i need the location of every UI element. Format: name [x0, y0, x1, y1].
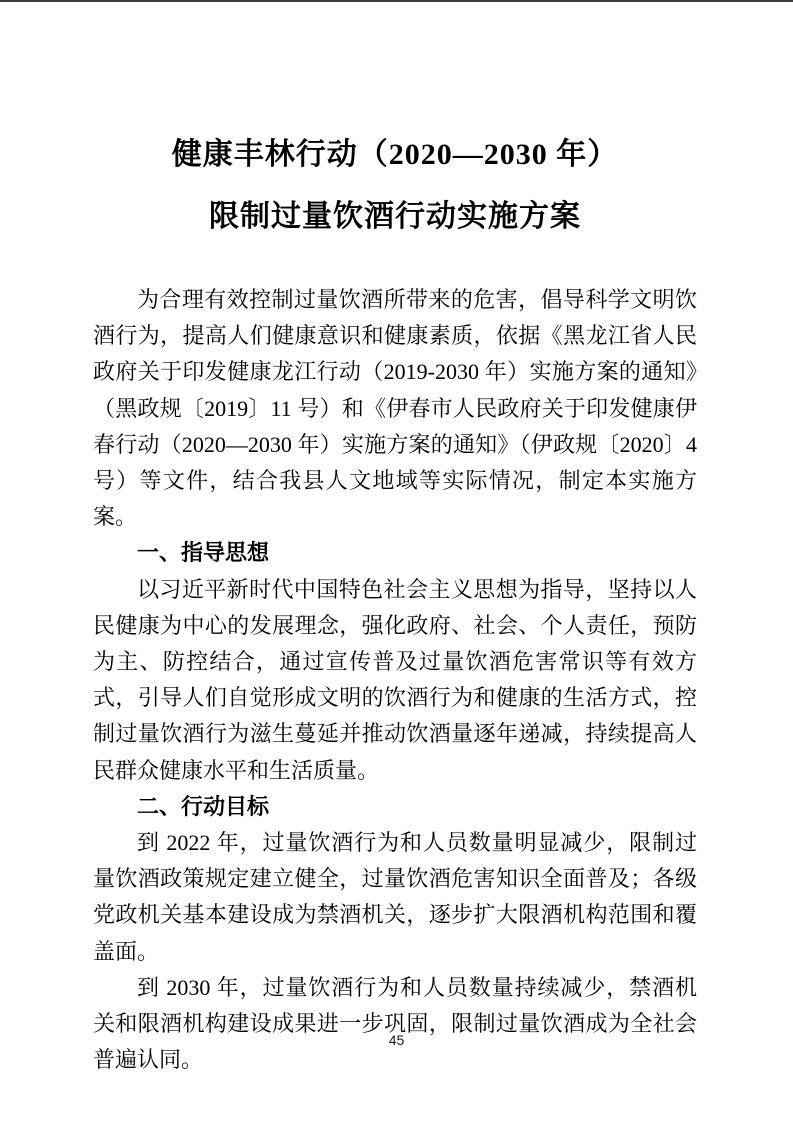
- document-body: 为合理有效控制过量饮酒所带来的危害，倡导科学文明饮酒行为，提高人们健康意识和健康…: [93, 282, 697, 1078]
- document-title-line-1: 健康丰林行动（2020—2030 年）: [93, 124, 697, 186]
- paragraph-introduction: 为合理有效控制过量饮酒所带来的危害，倡导科学文明饮酒行为，提高人们健康意识和健康…: [93, 282, 697, 535]
- document-page: 健康丰林行动（2020—2030 年） 限制过量饮酒行动实施方案 为合理有效控制…: [0, 0, 793, 1122]
- section-heading-guiding-ideology: 一、指导思想: [93, 535, 697, 571]
- paragraph-goal-2022: 到 2022 年，过量饮酒行为和人员数量明显减少，限制过量饮酒政策规定建立健全，…: [93, 825, 697, 970]
- paragraph-goal-2030: 到 2030 年，过量饮酒行为和人员数量持续减少，禁酒机关和限酒机构建设成果进一…: [93, 970, 697, 1079]
- page-number: 45: [0, 1032, 793, 1048]
- document-title-line-2: 限制过量饮酒行动实施方案: [93, 186, 697, 248]
- section-heading-action-goals: 二、行动目标: [93, 789, 697, 825]
- paragraph-guiding-ideology: 以习近平新时代中国特色社会主义思想为指导，坚持以人民健康为中心的发展理念，强化政…: [93, 572, 697, 789]
